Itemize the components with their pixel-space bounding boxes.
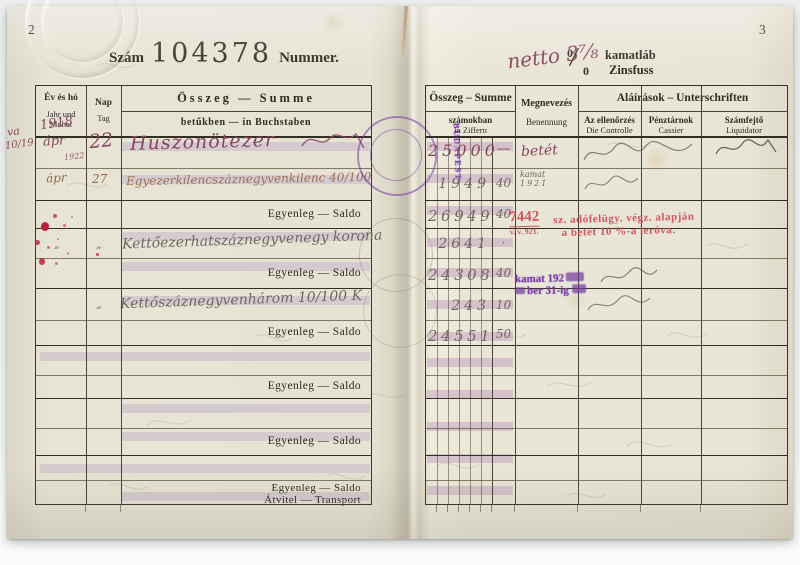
table-body-left: Egyenleg — Saldo Egyenleg — Saldo Egyenl… [36, 136, 371, 504]
amount-figures: 2641 [428, 236, 490, 252]
amount-decimals: — [492, 141, 515, 157]
col-header-megnevezes: Megnevezés [515, 98, 578, 109]
amount-figures: 24308 [428, 266, 490, 284]
stamp-smudge [566, 272, 584, 281]
amount-decimals: 40 [492, 176, 515, 190]
red-ink-splatter [27, 206, 97, 276]
entry-month: ápr [43, 133, 66, 150]
saldo-row: Egyenleg — Saldo [36, 376, 371, 399]
saldo-transport-row: Egyenleg — Saldo Átvitel — Transport [36, 481, 371, 506]
saldo-label: Egyenleg — Saldo [36, 321, 371, 338]
saldo-row [426, 376, 787, 399]
col-header-sum: Összeg — Summe [121, 91, 371, 106]
transport-label: Átvitel — Transport [36, 494, 371, 506]
entry-row [36, 456, 371, 481]
col-header-day-de: Tag [86, 113, 121, 123]
col-header-day: Nap [86, 98, 121, 108]
saldo-row: Egyenleg — Saldo [36, 429, 371, 456]
empty-row [426, 481, 787, 506]
interest-stamp-line2: ber 31-ig [527, 284, 569, 297]
amount-figures: 243 [428, 298, 490, 314]
amount-decimals: · [492, 236, 515, 250]
col-header-signatures: Aláírások – Unterschriften [578, 92, 787, 104]
percent-zero-bottom: 0 [583, 64, 589, 79]
col-subheader-liquidator-hu: Számfejtő [701, 115, 787, 125]
entry-row [426, 399, 787, 429]
stamp-smudge [572, 284, 586, 293]
table-header-right: Összeg – Summe számokban in Ziffern Megn… [426, 86, 787, 136]
book-number-title: Szám 104378 Nummer. [109, 38, 339, 69]
saldo-row [426, 429, 787, 456]
signature-scribble [597, 264, 663, 290]
stamp-ref: v. v. 921. [510, 227, 539, 237]
saldo-label: Egyenleg — Saldo [36, 481, 371, 494]
col-header-date: Év és hó [36, 93, 86, 103]
col-subheader-cassier-hu: Pénztárnok [641, 115, 701, 125]
ditto-mark: „ [96, 298, 102, 311]
right-page-number: 3 [759, 22, 766, 38]
label-nummer: Nummer. [279, 50, 339, 67]
col-subheader-cassier-de: Cassier [641, 125, 701, 135]
savings-book-number: 104378 [151, 38, 272, 69]
entry-note: betét [521, 142, 559, 160]
saldo-label: Egyenleg — Saldo [36, 429, 371, 447]
entry-day: 27 [92, 172, 107, 186]
entry-row [36, 399, 371, 429]
margin-note: va [6, 124, 20, 138]
entry-row [426, 456, 787, 481]
amount-decimals: 50 [492, 327, 515, 341]
entry-note-small: 1921 [520, 179, 548, 188]
saldo-row: Egyenleg — Saldo [36, 321, 371, 346]
percent-mark: 0 / 0 [567, 46, 597, 80]
entry-day: 22 [88, 129, 114, 153]
entry-note-small: kamat [520, 170, 545, 179]
left-page-number: 2 [28, 22, 35, 38]
label-szam: Szám [109, 50, 144, 67]
amount-in-words: Huszonötezer [130, 129, 275, 155]
amount-decimals: 40 [492, 266, 515, 280]
signature-scribble [582, 172, 644, 196]
stamp-smudge [515, 287, 525, 294]
interest-label-de: Zinsfuss [609, 63, 653, 78]
amount-figures: 1949 [428, 176, 490, 192]
interest-stamp-line1: kamat 192 [515, 272, 564, 285]
ledger-table-left: Év és hó Jahr und Mohat Nap Tag Összeg —… [35, 85, 372, 505]
col-subheader-szamokban: számokban [426, 115, 515, 125]
stamp-number: 7442 [509, 209, 539, 228]
amount-decimals: 10 [492, 298, 515, 312]
scanned-savings-book-spread: 2 Szám 104378 Nummer. va 10/19 Év és hó [0, 0, 800, 565]
col-subheader-in-ziffern: in Ziffern [426, 125, 515, 135]
red-ink-dot [96, 253, 99, 256]
entry-row [426, 346, 787, 376]
entry-row [36, 346, 371, 376]
col-subheader-controlle-hu: Az ellenőrzés [578, 115, 641, 125]
saldo-label: Egyenleg — Saldo [36, 376, 371, 392]
book-pages: 2 Szám 104378 Nummer. va 10/19 Év és hó [7, 6, 793, 539]
col-subheader-controlle-de: Die Controlle [578, 125, 641, 135]
signature-scribble [580, 138, 698, 168]
interest-label-hu: kamatláb [605, 48, 656, 63]
amount-figures: 25000 [428, 141, 490, 160]
col-header-sum-figures: Összeg – Summe [426, 92, 515, 104]
entry-month: ápr [46, 170, 67, 185]
amount-figures: 26949 [428, 207, 490, 225]
signature-scribble [712, 134, 782, 162]
stain [319, 12, 347, 32]
col-header-benennung: Benennung [515, 117, 578, 127]
amount-figures: 24551 [428, 327, 490, 345]
